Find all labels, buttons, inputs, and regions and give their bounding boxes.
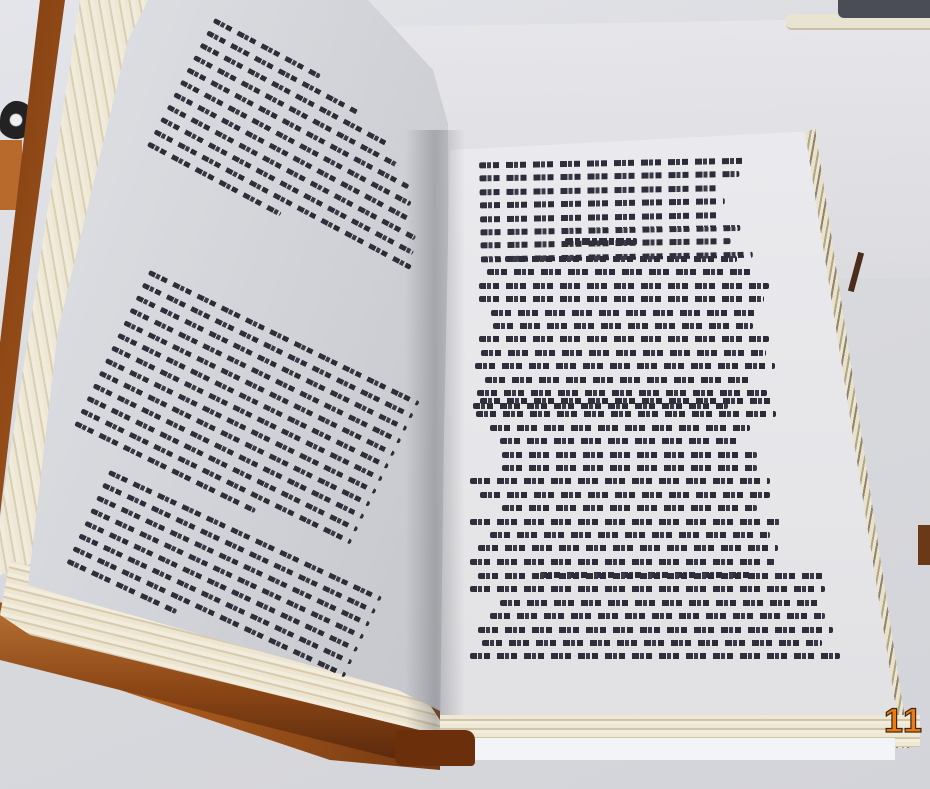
right-page-text-1: [479, 158, 761, 270]
clasp-prong-bottom: [918, 525, 930, 565]
script-line: [470, 519, 790, 521]
script-line: [470, 478, 790, 480]
script-line: [470, 398, 790, 400]
script-line: [473, 350, 783, 352]
script-line: [470, 505, 790, 507]
script-line: [470, 653, 830, 655]
script-line: [473, 377, 783, 379]
script-line: [473, 336, 783, 338]
section-heading: [565, 238, 645, 245]
script-line: [473, 256, 783, 258]
script-line: [470, 425, 790, 427]
script-line: [473, 296, 783, 298]
loose-sheet: [475, 738, 895, 760]
script-line: [470, 613, 830, 615]
script-line: [470, 586, 830, 588]
script-line: [470, 465, 790, 467]
script-line: [470, 627, 830, 629]
script-line: [473, 363, 783, 365]
script-line: [470, 559, 790, 561]
script-line: [473, 323, 783, 325]
script-line: [470, 573, 830, 575]
script-line: [470, 545, 790, 547]
script-line: [480, 198, 760, 205]
script-line: [473, 390, 783, 392]
script-line: [480, 225, 760, 232]
script-line: [473, 269, 783, 271]
script-line: [470, 411, 790, 413]
script-line: [470, 492, 790, 494]
spine-corner: [395, 730, 475, 766]
right-page-text-4: [470, 573, 830, 667]
script-line: [470, 438, 790, 440]
script-line: [470, 600, 830, 602]
right-page-text-3: [470, 398, 790, 585]
frame-number-overlay: 11: [884, 704, 924, 738]
photo-scene: 11: [0, 0, 930, 789]
script-line: [470, 640, 830, 642]
script-line: [480, 184, 760, 191]
right-page-text-2: [473, 256, 783, 417]
script-line: [473, 283, 783, 285]
script-line: [470, 532, 790, 534]
script-line: [473, 310, 783, 312]
script-line: [470, 452, 790, 454]
dark-object-corner: [838, 0, 930, 18]
script-line: [479, 171, 759, 178]
script-line: [480, 211, 760, 218]
